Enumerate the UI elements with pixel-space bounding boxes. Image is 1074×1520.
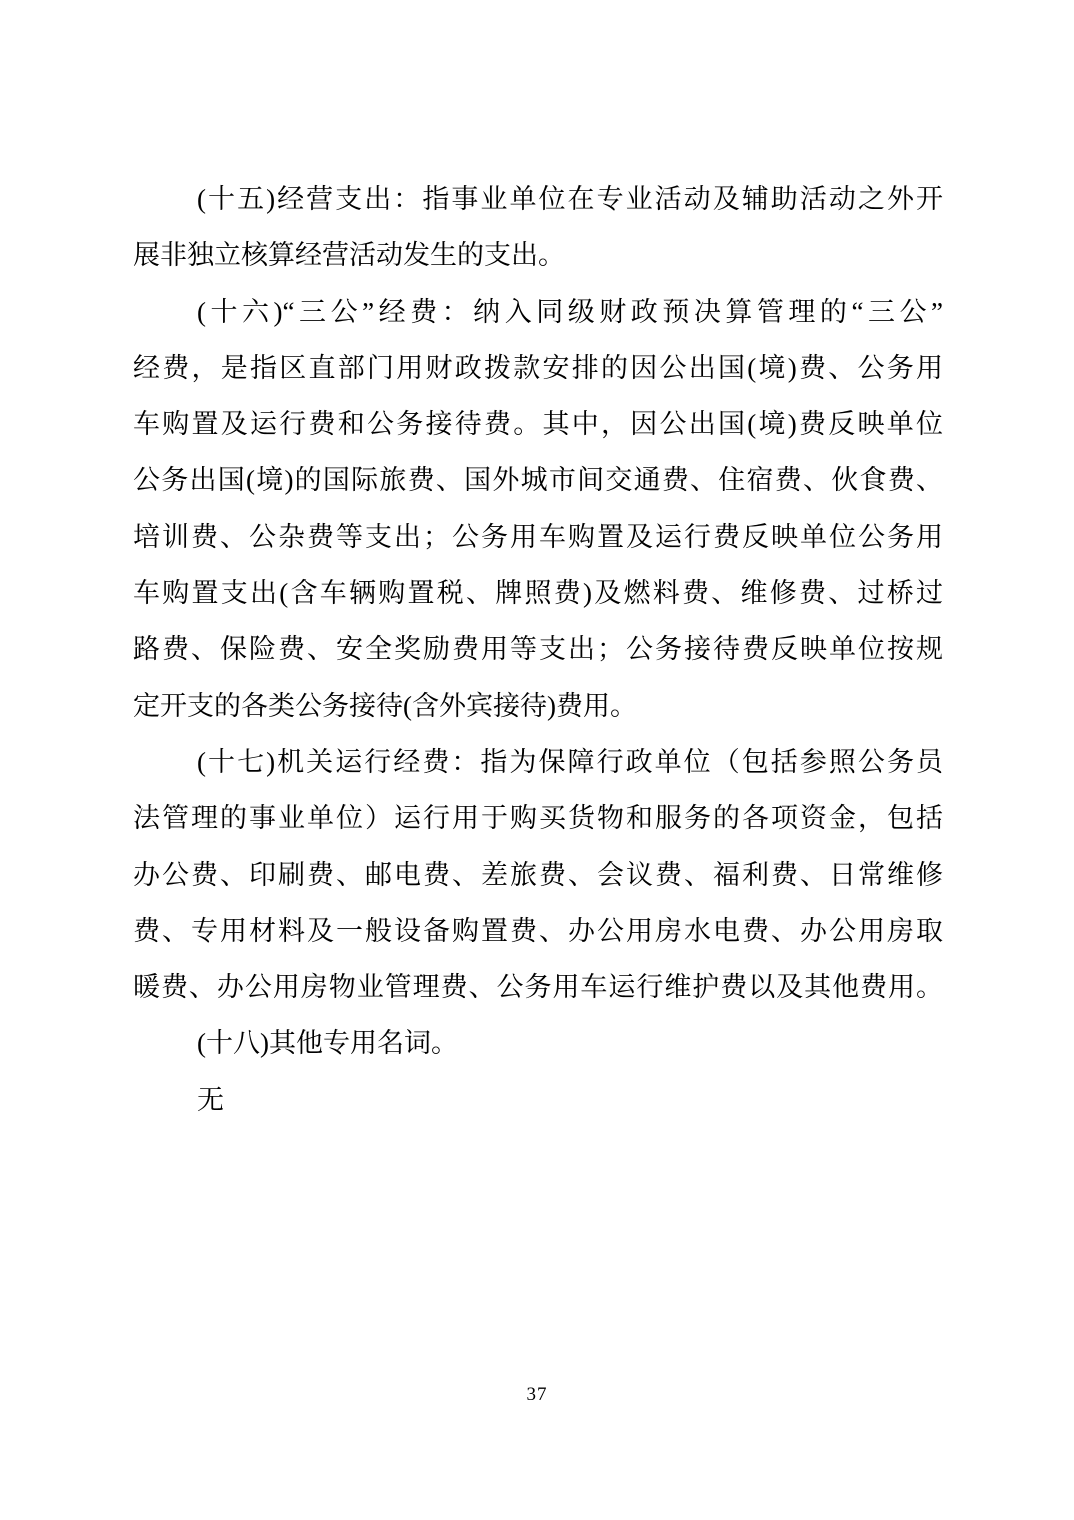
text-line: 展非独立核算经营活动发生的支出。 (133, 227, 943, 283)
text-line: 定开支的各类公务接待(含外宾接待)费用。 (133, 678, 943, 734)
paragraph-none: 无 (133, 1072, 943, 1128)
paragraph-item-15: (十五)经营支出：指事业单位在专业活动及辅助活动之外开 展非独立核算经营活动发生… (133, 171, 943, 284)
text-line: 法管理的事业单位）运行用于购买货物和服务的各项资金，包括 (133, 790, 943, 846)
text-line: 公务出国(境)的国际旅费、国外城市间交通费、住宿费、伙食费、 (133, 452, 943, 508)
text-line: 经费，是指区直部门用财政拨款安排的因公出国(境)费、公务用 (133, 340, 943, 396)
paragraph-item-16: (十六)“三公”经费：纳入同级财政预决算管理的“三公” 经费，是指区直部门用财政… (133, 284, 943, 734)
text-line: 车购置及运行费和公务接待费。其中，因公出国(境)费反映单位 (133, 396, 943, 452)
text-line: 无 (133, 1072, 943, 1128)
text-line: (十八)其他专用名词。 (133, 1015, 943, 1071)
text-line: (十六)“三公”经费：纳入同级财政预决算管理的“三公” (133, 284, 943, 340)
text-line: 办公费、印刷费、邮电费、差旅费、会议费、福利费、日常维修 (133, 847, 943, 903)
text-line: (十五)经营支出：指事业单位在专业活动及辅助活动之外开 (133, 171, 943, 227)
paragraph-item-17: (十七)机关运行经费：指为保障行政单位（包括参照公务员 法管理的事业单位）运行用… (133, 734, 943, 1015)
text-line: 暖费、办公用房物业管理费、公务用车运行维护费以及其他费用。 (133, 959, 943, 1015)
document-page: (十五)经营支出：指事业单位在专业活动及辅助活动之外开 展非独立核算经营活动发生… (0, 0, 1074, 1520)
text-line: (十七)机关运行经费：指为保障行政单位（包括参照公务员 (133, 734, 943, 790)
text-line: 车购置支出(含车辆购置税、牌照费)及燃料费、维修费、过桥过 (133, 565, 943, 621)
page-number: 37 (0, 1384, 1074, 1406)
text-line: 费、专用材料及一般设备购置费、办公用房水电费、办公用房取 (133, 903, 943, 959)
text-line: 培训费、公杂费等支出；公务用车购置及运行费反映单位公务用 (133, 509, 943, 565)
text-line: 路费、保险费、安全奖励费用等支出；公务接待费反映单位按规 (133, 621, 943, 677)
paragraph-item-18: (十八)其他专用名词。 (133, 1015, 943, 1071)
document-body: (十五)经营支出：指事业单位在专业活动及辅助活动之外开 展非独立核算经营活动发生… (133, 171, 943, 1128)
